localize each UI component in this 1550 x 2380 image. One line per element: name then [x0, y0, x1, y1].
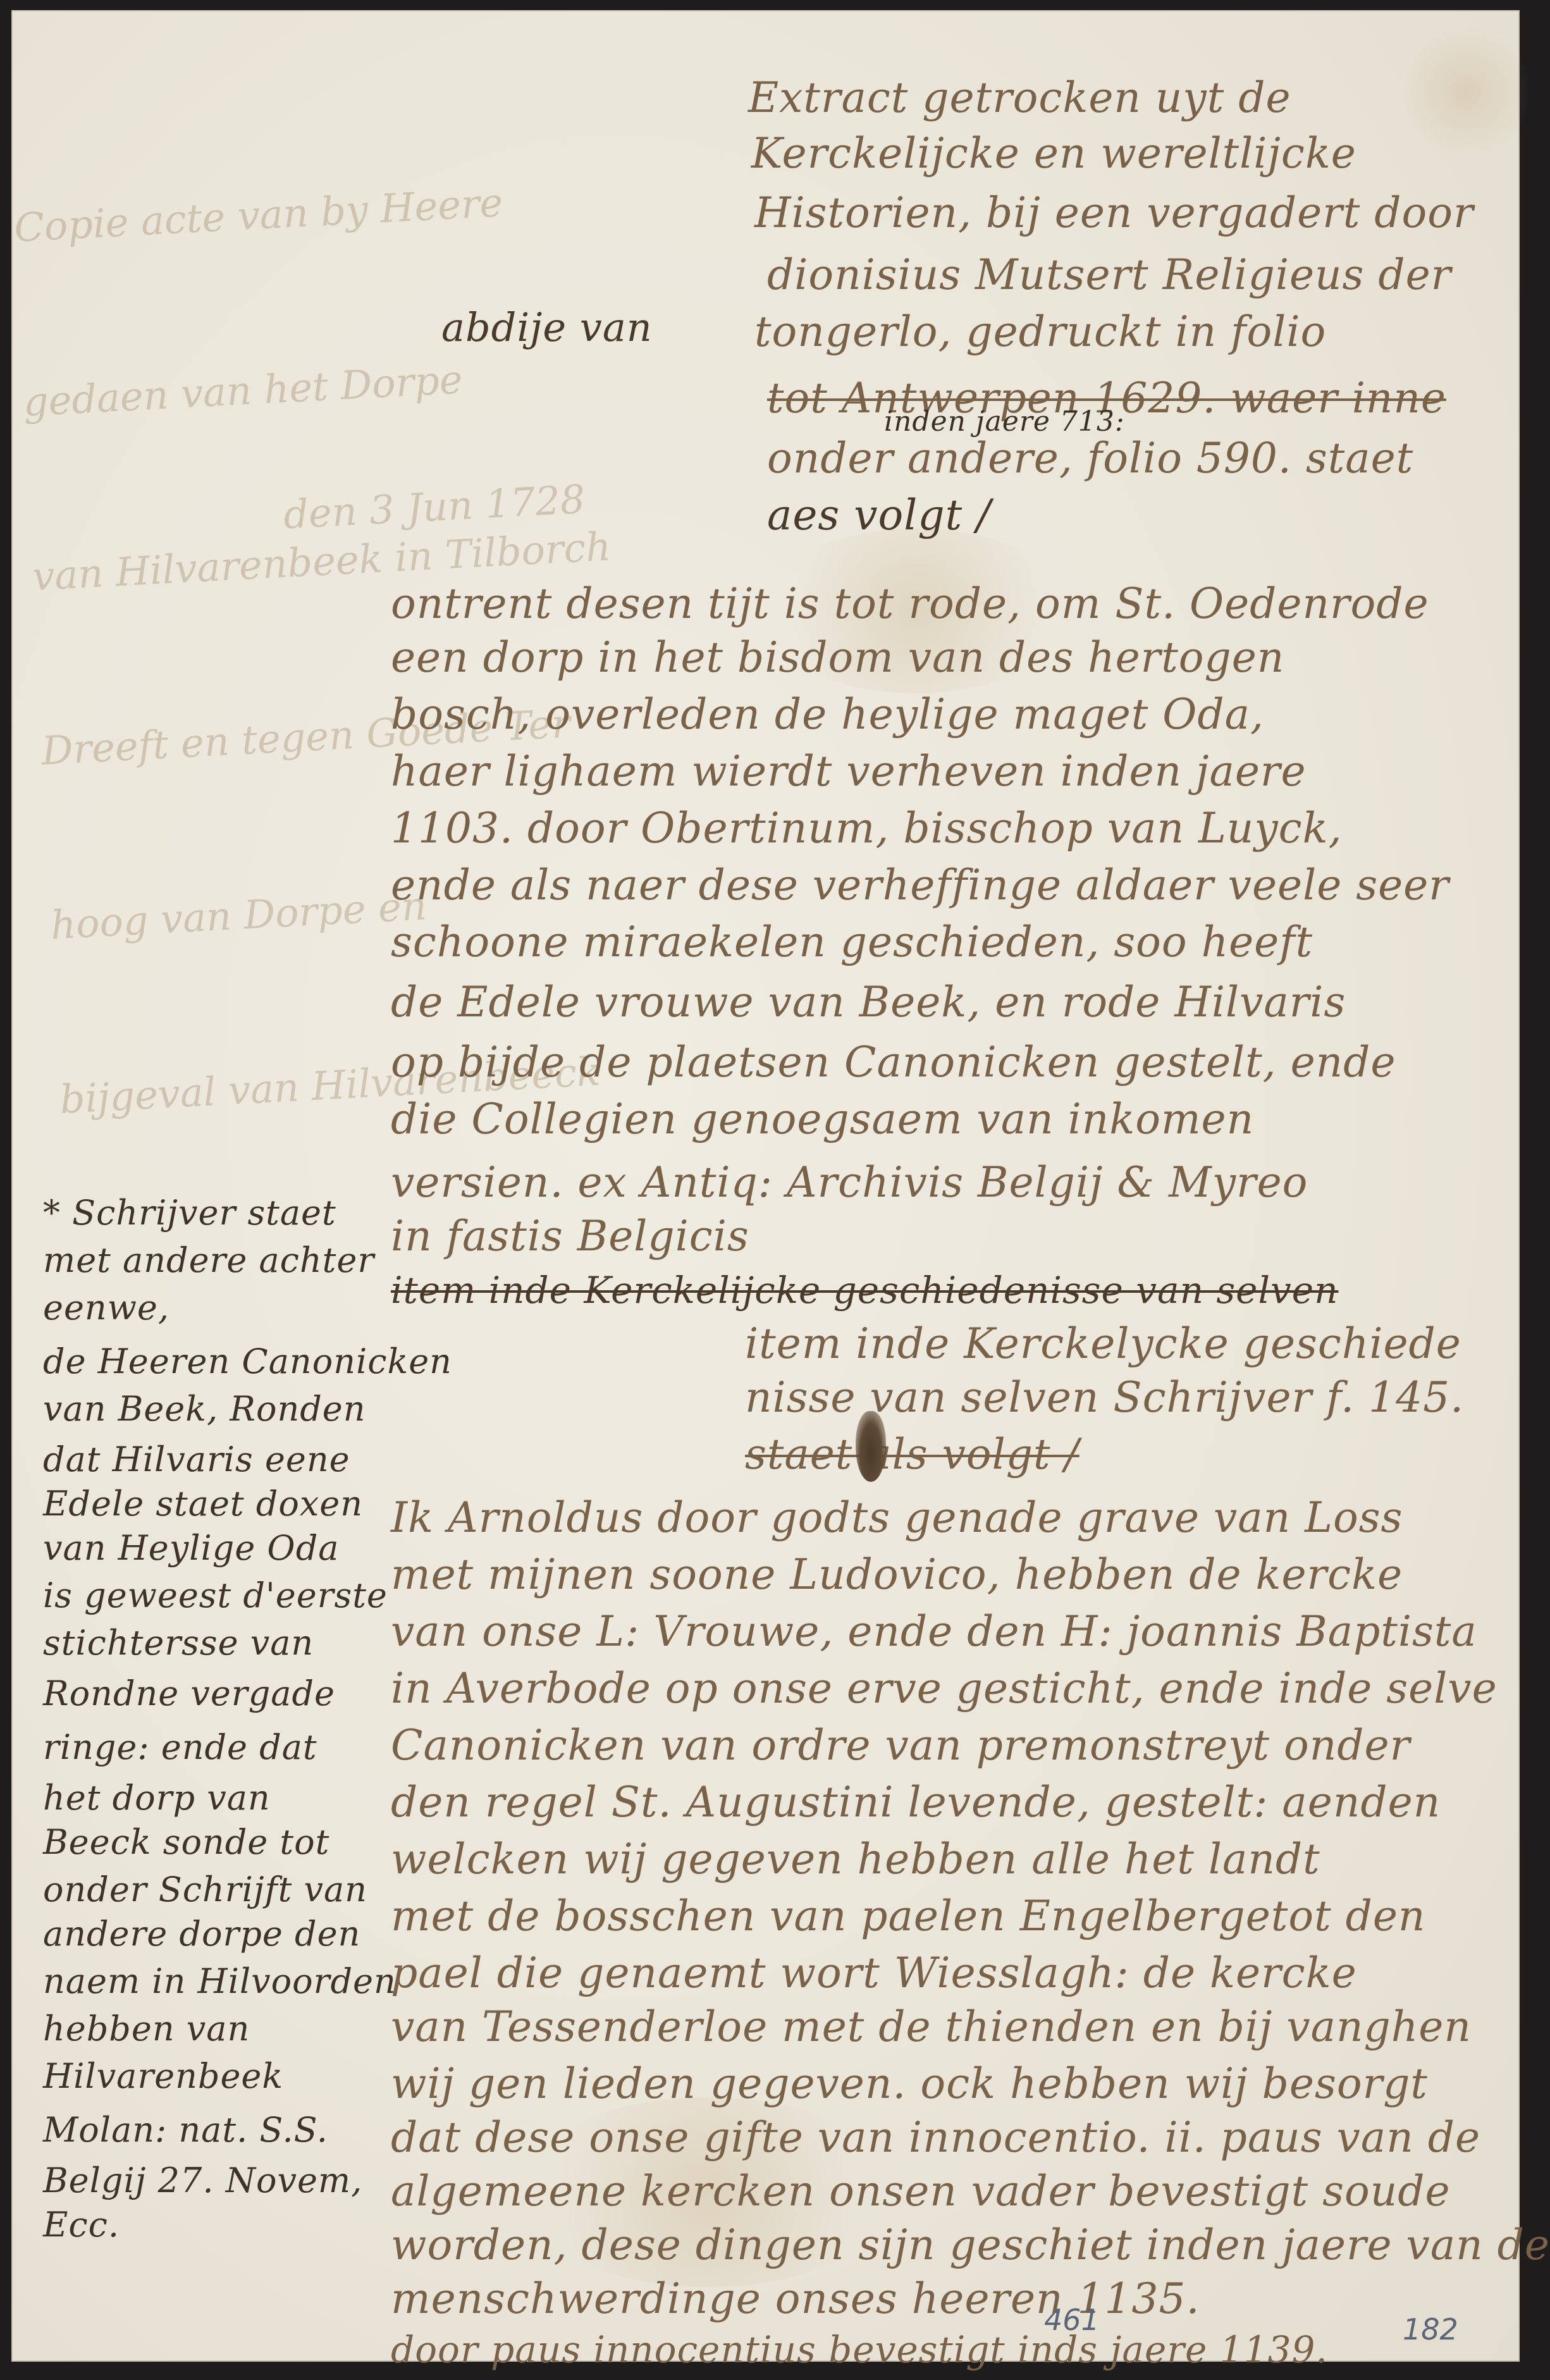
margin-line: Belgij 27. Novem,	[43, 2161, 362, 2200]
text-line: 1103. door Obertinum, bisschop van Luyck…	[391, 804, 1343, 853]
margin-line: Hilvarenbeek	[43, 2056, 283, 2096]
margin-line: eenwe,	[43, 1288, 169, 1328]
text-line: Ik Arnoldus door godts genade grave van …	[391, 1493, 1403, 1542]
margin-line: * Schrijver staet	[43, 1193, 336, 1233]
text-line: Canonicken van ordre van premonstreyt on…	[391, 1721, 1410, 1770]
header-line: onder andere, folio 590. staet	[767, 434, 1413, 483]
margin-line: van Beek, Ronden	[43, 1389, 366, 1429]
text-line: op bijde de plaetsen Canonicken gestelt,…	[391, 1038, 1396, 1087]
text-line: in Averbode op onse erve gesticht, ende …	[391, 1664, 1498, 1713]
corner-stain	[1403, 23, 1529, 162]
text-line: ontrent desen tijt is tot rode, om St. O…	[391, 579, 1429, 628]
text-line: pael die genaemt wort Wiesslagh: de kerc…	[391, 1949, 1357, 1997]
text-line: met mijnen soone Ludovico, hebben de ker…	[391, 1550, 1403, 1599]
folio-number-right: 182	[1403, 2312, 1458, 2346]
header-line: tongerlo, gedruckt in folio	[754, 307, 1326, 356]
text-line: bosch, overleden de heylige maget Oda,	[391, 690, 1264, 739]
margin-line: Ecc.	[43, 2205, 120, 2245]
margin-line: andere dorpe den	[43, 1914, 360, 1954]
header-line: aes volgt /	[767, 491, 991, 540]
margin-line: onder Schrijft van	[43, 1870, 367, 1909]
struck-line: item inde Kerckelijcke geschiedenisse va…	[391, 1269, 1338, 1312]
text-line: die Collegien genoegsaem van inkomen	[391, 1095, 1254, 1144]
text-line: item inde Kerckelycke geschiede	[745, 1319, 1461, 1368]
text-line: algemeene kercken onsen vader bevestigt …	[391, 2167, 1451, 2216]
margin-line: Edele staet doxen	[43, 1484, 363, 1524]
header-line: Extract getrocken uyt de	[748, 73, 1291, 122]
margin-line: dat Hilvaris eene	[43, 1440, 350, 1479]
ink-blot	[856, 1411, 886, 1482]
margin-line: het dorp van	[43, 1778, 271, 1818]
text-line: van Tessenderloe met de thienden en bij …	[391, 2002, 1472, 2051]
text-line: schoone miraekelen geschieden, soo heeft	[391, 918, 1313, 966]
text-line: nisse van selven Schrijver f. 145.	[745, 1373, 1464, 1422]
text-line: worden, dese dingen sijn geschiet inden …	[391, 2221, 1550, 2269]
text-line: in fastis Belgicis	[391, 1212, 749, 1261]
margin-abdije-note: abdije van	[441, 304, 653, 350]
folio-number-center: 461	[1044, 2303, 1100, 2337]
margin-line: Molan: nat. S.S.	[43, 2110, 328, 2150]
text-line: welcken wij gegeven hebben alle het land…	[391, 1835, 1320, 1884]
margin-line: stichtersse van	[43, 1623, 314, 1663]
manuscript-page: Copie acte van by Heere gedaen van het D…	[11, 10, 1520, 2362]
margin-line: ringe: ende dat	[43, 1727, 317, 1767]
text-line: ende als naer dese verheffinge aldaer ve…	[391, 861, 1449, 909]
margin-line: Rondne vergade	[43, 1674, 335, 1713]
text-line: met de bosschen van paelen Engelbergetot…	[391, 1892, 1425, 1940]
text-line: den regel St. Augustini levende, gestelt…	[391, 1778, 1441, 1827]
header-line: Kerckelijcke en wereltlijcke	[751, 129, 1356, 178]
margin-line: de Heeren Canonicken	[43, 1341, 452, 1381]
margin-line: met andere achter	[43, 1240, 374, 1280]
text-line: een dorp in het bisdom van des hertogen	[391, 633, 1284, 682]
header-line: Historien, bij een vergadert door	[754, 188, 1474, 237]
text-line: dat dese onse gifte van innocentio. ii. …	[391, 2113, 1480, 2162]
header-line: dionisius Mutsert Religieus der	[767, 250, 1451, 299]
text-line: haer lighaem wierdt verheven inden jaere	[391, 747, 1307, 796]
margin-line: naem in Hilvoorden	[43, 1961, 397, 2001]
text-line: van onse L: Vrouwe, ende den H: joannis …	[391, 1607, 1477, 1656]
insertion-note: inden jaere 713:	[884, 405, 1125, 438]
text-line: versien. ex Antiq: Archivis Belgij & Myr…	[391, 1158, 1308, 1207]
margin-line: is geweest d'eerste	[43, 1575, 388, 1615]
margin-line: hebben van	[43, 2009, 250, 2049]
margin-line: Beeck sonde tot	[43, 1822, 329, 1862]
margin-line: van Heylige Oda	[43, 1528, 339, 1568]
text-line: door paus innocentius bevestigt inds jae…	[391, 2328, 1328, 2371]
text-line: staet als volgt /	[745, 1430, 1079, 1479]
text-line: de Edele vrouwe van Beek, en rode Hilvar…	[391, 978, 1346, 1027]
text-line: wij gen lieden gegeven. ock hebben wij b…	[391, 2059, 1428, 2108]
